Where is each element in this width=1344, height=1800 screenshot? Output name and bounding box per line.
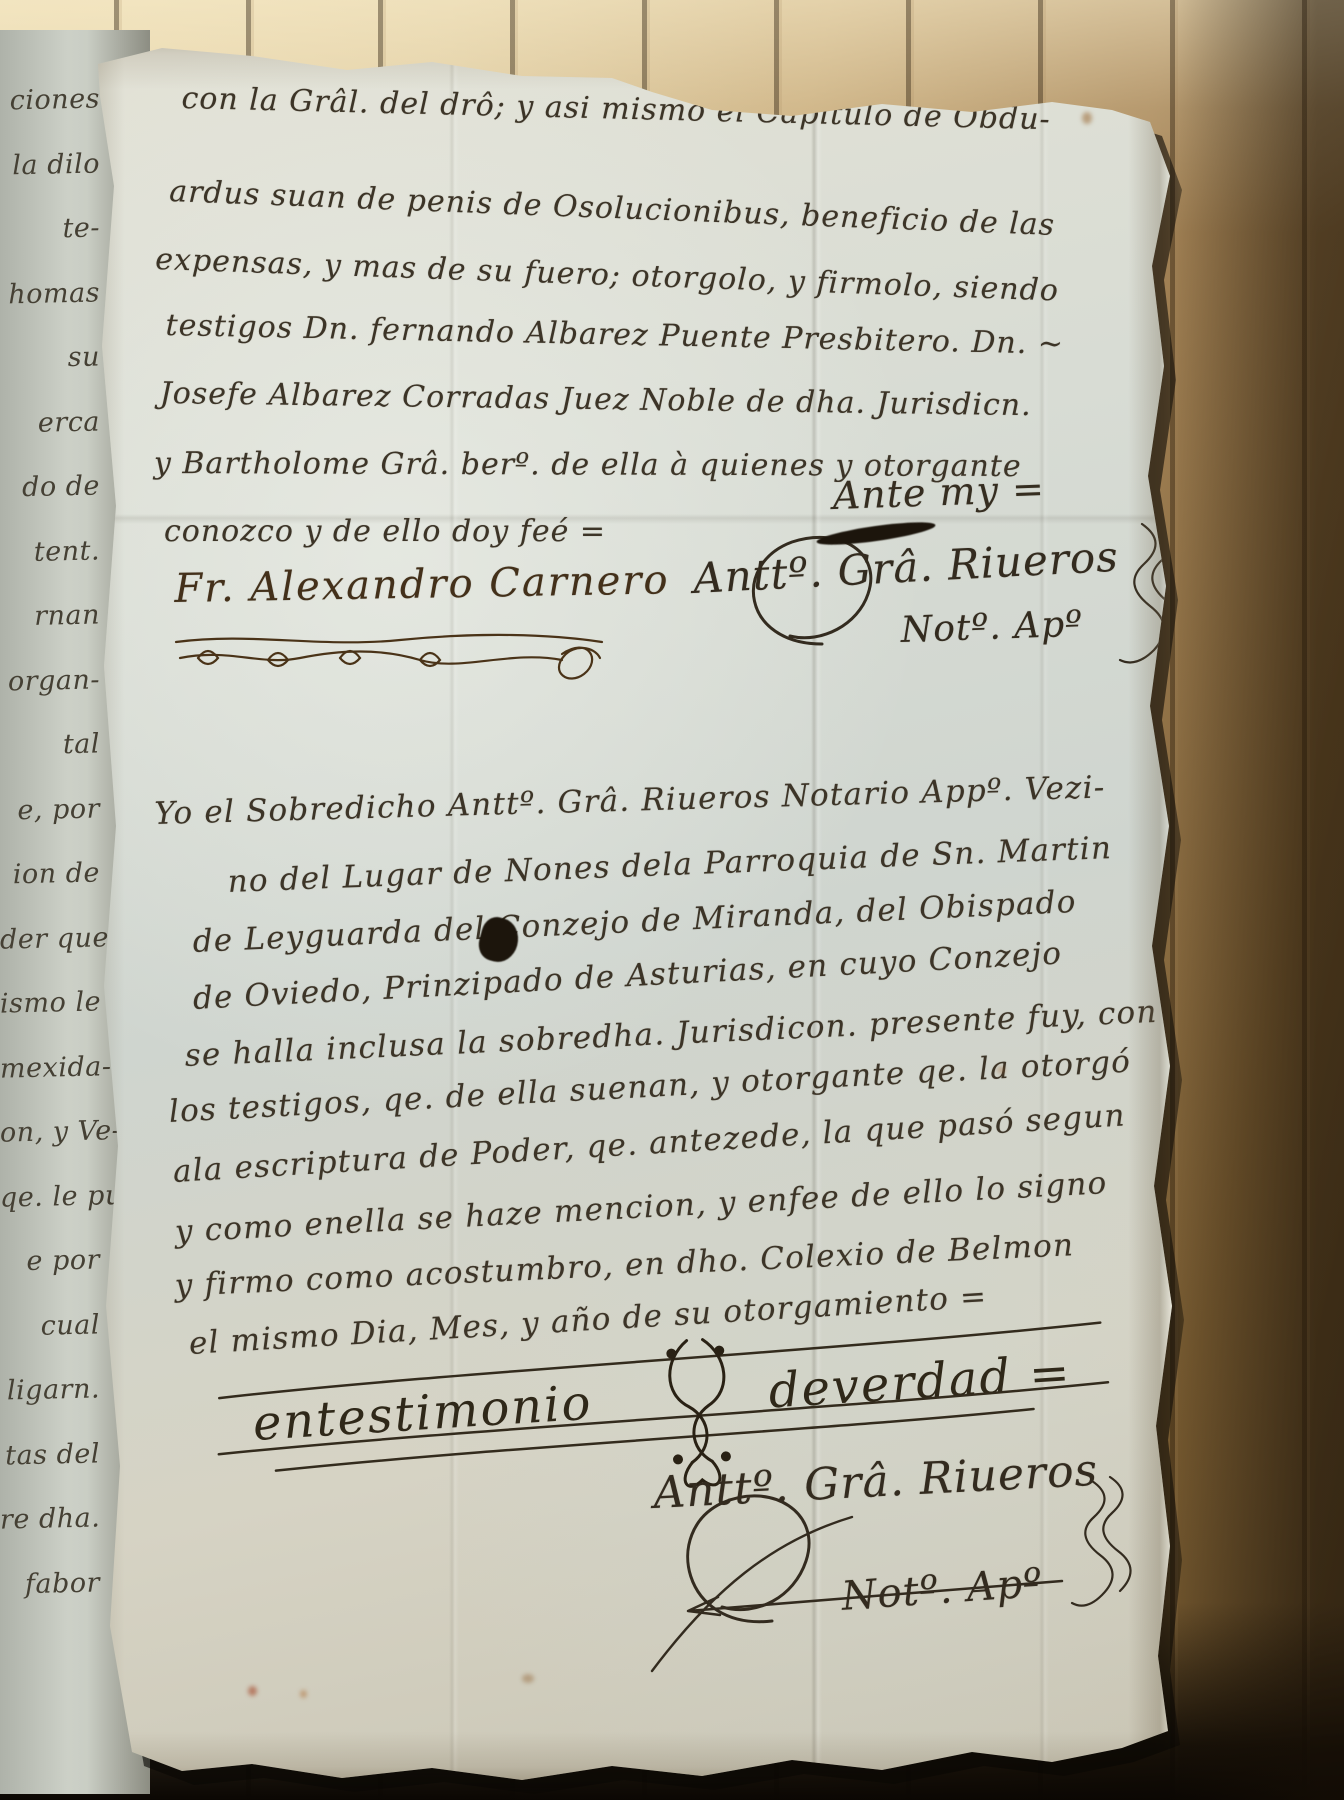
body-text-line: Josefe Albarez Corradas Juez Noble de dh… (160, 376, 1032, 423)
paper-stain (997, 1066, 1005, 1074)
notary-signature-top-name: Anttº. Grâ. Riueros (692, 532, 1120, 603)
body-text-line: testigos Dn. fernando Albarez Puente Pre… (165, 308, 1064, 362)
attestation-text-line: Yo el Sobredicho Anttº. Grâ. Riueros Not… (154, 769, 1106, 832)
manuscript-page: con la Grâl. del drô; y asi mismo el Cap… (92, 26, 1177, 1788)
witness-signature-underline-flourish (170, 624, 610, 680)
notary-signature-bottom-title: Notº. Apº (840, 1560, 1044, 1620)
body-text-line: ardus suan de penis de Osolucionibus, be… (169, 174, 1056, 243)
manuscript-photo: cionesla dilote-homassuercado detent.rna… (0, 0, 1344, 1800)
paper-stain (522, 1674, 534, 1683)
paper-stain (300, 1690, 307, 1698)
ante-my-note: Ante my = (832, 467, 1046, 518)
body-text-line: expensas, y mas de su fuero; otorgolo, y… (155, 242, 1060, 309)
paper-stain (248, 1686, 257, 1696)
notary-signature-top-title: Notº. Apº (900, 604, 1084, 651)
paper-stain (1082, 112, 1092, 124)
notary-signature-bottom-name: Anttº. Grâ. Riueros (652, 1445, 1099, 1519)
testimony-left-words: entestimonio (251, 1375, 594, 1452)
witness-signature: Fr. Alexandro Carnero (174, 557, 670, 612)
body-text-line: conozco y de ello doy feé = (164, 514, 606, 549)
testimony-right-words: deverdad = (767, 1345, 1073, 1420)
